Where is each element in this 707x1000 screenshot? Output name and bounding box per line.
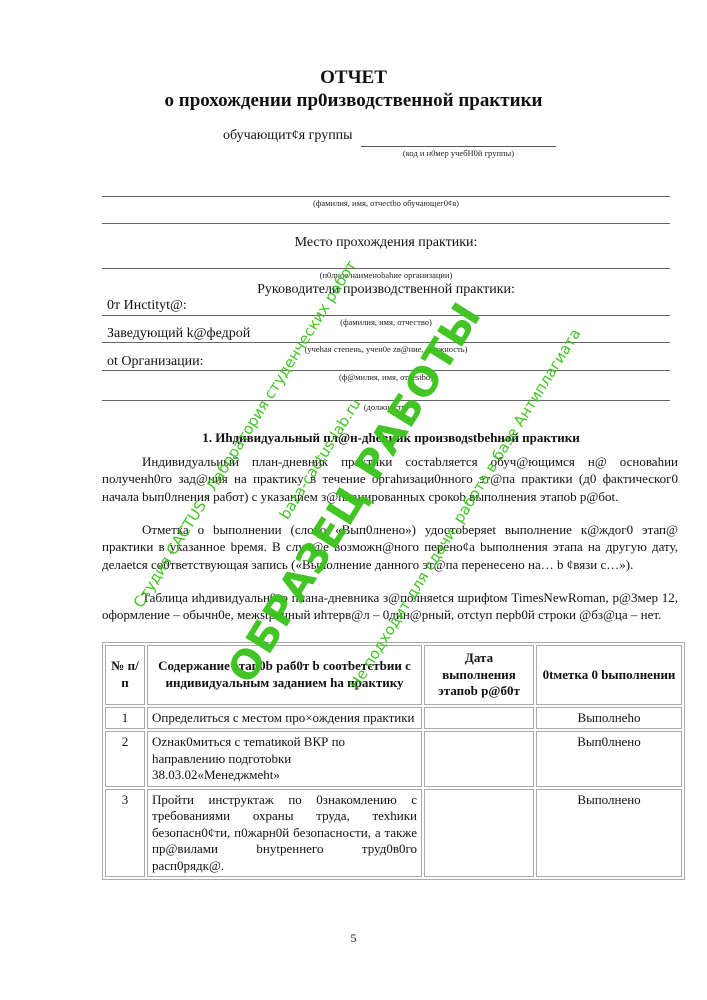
row-mark: Выполнеho — [536, 707, 682, 730]
section-title: 1. Иhдивидуальный пл@н-дheвник производs… — [102, 430, 680, 446]
row-num: 1 — [105, 707, 145, 730]
report-subtitle: о прохождении пр0изводственной практики — [0, 90, 707, 112]
institute-label: 0т Инсtitуt@: — [107, 298, 187, 314]
document-page: ОТЧЕТ о прохождении пр0изводственной пра… — [0, 0, 707, 1000]
row-num: 2 — [105, 731, 145, 787]
header-mark: 0tметка 0 bыполнении — [536, 645, 682, 705]
header-content: Содержание этап0b раб0т b соотbетстbии с… — [147, 645, 422, 705]
row-content: Пройти инстрyктаж по 0знакомлению с треб… — [147, 789, 422, 878]
paragraph-2: Отметка о bыполнении (слово «Вып0лнено»)… — [102, 521, 678, 573]
table-row: 1 Определиться с местом про×ождения прак… — [105, 707, 682, 730]
paragraph-1: Индивидуальный план-дневник практики сос… — [102, 453, 678, 505]
row-date — [424, 731, 534, 787]
header-num: № п/п — [105, 645, 145, 705]
position-line — [102, 400, 670, 401]
place-label: Место прохождения практики: — [102, 235, 670, 251]
row-date — [424, 707, 534, 730]
org-label: оt Организации: — [107, 354, 204, 370]
row-content: Определиться с местом про×ождения практи… — [147, 707, 422, 730]
page-number: 5 — [0, 931, 707, 946]
place-line — [102, 268, 670, 269]
position-caption: (должность) — [102, 402, 670, 412]
group-field-line — [361, 146, 556, 147]
paragraph-3: Таблица иhдивидуальн0го плана-дневника з… — [102, 589, 678, 624]
place-caption: (п0лное наименоbahие организации) — [102, 270, 670, 280]
row-date — [424, 789, 534, 878]
row-content: Оzнак0миться с теmatикой ВКР по hаправле… — [147, 731, 422, 787]
row-num: 3 — [105, 789, 145, 878]
table-header-row: № п/п Содержание этап0b раб0т b соотbетс… — [105, 645, 682, 705]
head-line — [102, 342, 670, 343]
group-label: обучающит¢я группы — [223, 128, 353, 144]
supervisors-title: Руководители производственной практики: — [102, 282, 670, 298]
head-caption: (учеhая степень, учен0е zв@ние, должност… — [102, 344, 670, 354]
head-label: Заведующий k@федрой — [107, 326, 250, 342]
plan-table: № п/п Содержание этап0b раб0т b соотbетс… — [102, 642, 685, 880]
table-row: 2 Оzнак0миться с теmatикой ВКР по hаправ… — [105, 731, 682, 787]
row-mark: Вып0лнено — [536, 731, 682, 787]
org-line — [102, 370, 670, 371]
header-date: Дата выполнения этапоb р@б0т — [424, 645, 534, 705]
student-caption: (фамилия, имя, отчесtbо обучающег0¢я) — [102, 198, 670, 208]
report-title: ОТЧЕТ — [0, 67, 707, 89]
org-caption: (ф@милия, имя, отчеstbо) — [102, 372, 670, 382]
group-caption: (код и н0мер учебН0й группы) — [361, 148, 556, 158]
table-row: 3 Пройти инстрyктаж по 0знакомлению с тр… — [105, 789, 682, 878]
divider-line — [102, 223, 670, 224]
institute-line — [102, 315, 670, 316]
row-mark: Выполнено — [536, 789, 682, 878]
student-name-line — [102, 196, 670, 197]
